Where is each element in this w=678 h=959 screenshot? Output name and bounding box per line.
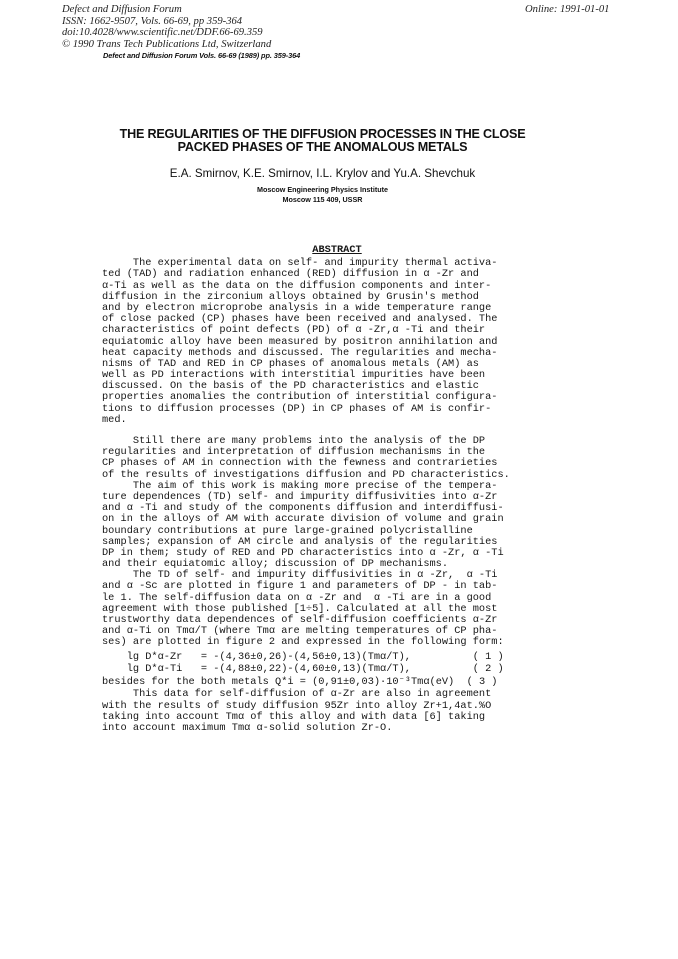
text-line: CP phases of AM in connection with the f… — [102, 458, 572, 469]
text-line: and α -Sc are plotted in figure 1 and pa… — [102, 581, 572, 592]
text-line: into account maximum Tmα α-solid solutio… — [102, 723, 572, 734]
paper-title: THE REGULARITIES OF THE DIFFUSION PROCES… — [95, 128, 550, 155]
equation-row: lg D*α-Ti = -(4,88±0,22)-(4,60±0,13)(Tmα… — [102, 664, 572, 677]
text-line: tions to diffusion processes (DP) in CP … — [102, 404, 572, 415]
text-line: on in the alloys of AM with accurate div… — [102, 514, 572, 525]
journal-metadata: Defect and Diffusion Forum ISSN: 1662-95… — [62, 4, 271, 50]
text-line: properties anomalies the contribution of… — [102, 392, 572, 403]
text-line: ted (TAD) and radiation enhanced (RED) d… — [102, 269, 572, 280]
text-line: boundary contributions at pure large-gra… — [102, 526, 572, 537]
copyright: © 1990 Trans Tech Publications Ltd, Swit… — [62, 39, 271, 51]
doi[interactable]: doi:10.4028/www.scientific.net/DDF.66-69… — [62, 27, 271, 39]
issn: ISSN: 1662-9507, Vols. 66-69, pp 359-364 — [62, 16, 271, 28]
title-line-1: THE REGULARITIES OF THE DIFFUSION PROCES… — [95, 128, 550, 141]
affiliation: Moscow Engineering Physics Institute Mos… — [95, 185, 550, 205]
affiliation-line-1: Moscow Engineering Physics Institute — [95, 185, 550, 195]
abstract-text: The experimental data on self- and impur… — [102, 258, 572, 426]
title-line-2: PACKED PHASES OF THE ANOMALOUS METALS — [95, 141, 550, 154]
running-head: Defect and Diffusion Forum Vols. 66-69 (… — [103, 51, 300, 60]
text-line: ses) are plotted in figure 2 and express… — [102, 637, 572, 648]
text-line: equiatomic alloy have been measured by p… — [102, 337, 572, 348]
intro-text: Still there are many problems into the a… — [102, 436, 572, 649]
text-line: characteristics of point defects (PD) of… — [102, 325, 572, 336]
journal-name: Defect and Diffusion Forum — [62, 4, 271, 16]
text-line: This data for self-diffusion of α-Zr are… — [102, 689, 572, 700]
body-text: ABSTRACT The experimental data on self- … — [102, 245, 572, 734]
authors: E.A. Smirnov, K.E. Smirnov, I.L. Krylov … — [95, 167, 550, 180]
online-date: Online: 1991-01-01 — [525, 4, 609, 15]
equations: lg D*α-Zr = -(4,36±0,26)-(4,56±0,13)(Tmα… — [102, 652, 572, 677]
paragraph-2: This data for self-diffusion of α-Zr are… — [102, 689, 572, 734]
abstract-heading: ABSTRACT — [102, 245, 572, 256]
affiliation-line-2: Moscow 115 409, USSR — [95, 195, 550, 205]
text-line: med. — [102, 415, 572, 426]
